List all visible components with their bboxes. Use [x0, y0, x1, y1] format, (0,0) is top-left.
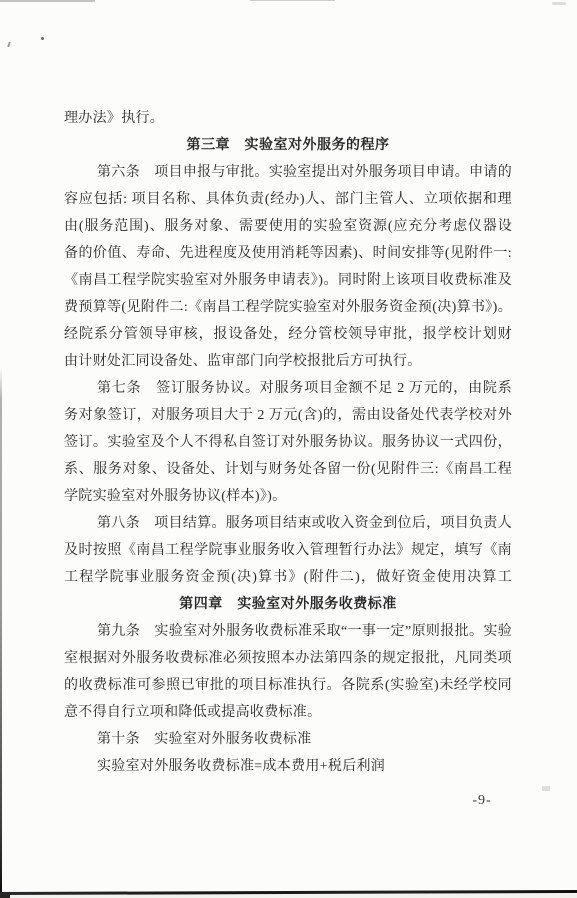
chapter-3-heading: 第三章 实验室对外服务的程序 [64, 132, 512, 159]
scan-artifact-left-page-edge [0, 368, 2, 898]
article-9-line: 第九条 实验室对外服务收费标准采取“一事一定”原则报批。实验 [64, 618, 512, 645]
article-10-line: 第十条 实验室对外服务收费标准 [64, 726, 512, 753]
doc-line: 及时按照《南昌工程学院事业服务收入管理暂行办法》规定，填写《南昌 [64, 537, 512, 564]
doc-line: 室根据对外服务收费标准必须按照本办法第四条的规定报批，凡同类项目 [64, 645, 512, 672]
doc-line: 经院系分管领导审核，报设备处，经分管校领导审批，报学校计划财务， [64, 321, 512, 348]
article-8-line: 第八条 项目结算。服务项目结束或收入资金到位后，项目负责人应 [64, 510, 512, 537]
doc-line: 意不得自行立项和降低或提高收费标准。 [64, 699, 512, 726]
doc-line: 备的价值、寿命、先进程度及使用消耗等因素)、时间安排等(见附件一: [64, 240, 512, 267]
doc-line: 工程学院事业服务资金预(决)算书》(附件二)，做好资金使用决算工作。 [64, 564, 512, 591]
doc-line: 费预算等(见附件二:《南昌工程学院实验室对外服务资金预(决)算书》)。 [64, 294, 512, 321]
scan-artifact-top-edge-mid [250, 0, 335, 1]
doc-line: 系、服务对象、设备处、计划与财务处各留一份(见附件三:《南昌工程 [64, 456, 512, 483]
page-number: -9- [452, 791, 512, 811]
scan-artifact-speck [7, 42, 11, 47]
doc-line: 由(服务范围)、服务对象、需要使用的实验室资源(应充分考虑仪器设 [64, 213, 512, 240]
doc-line: 学院实验室对外服务协议(样本)》)。 [64, 483, 512, 510]
article-6-line: 第六条 项目申报与审批。实验室提出对外服务项目申请。申请的内 [64, 159, 512, 186]
doc-line: 《南昌工程学院实验室对外服务申请表》)。同时附上该项目收费标准及金 [64, 267, 512, 294]
doc-line: 务对象签订，对服务项目大于 2 万元(含)的，需由设备处代表学校对外 [64, 402, 512, 429]
doc-line: 由计财处汇同设备处、监审部门向学校报批后方可执行。 [64, 348, 512, 375]
scan-artifact-speck [41, 37, 44, 40]
doc-line: 理办法》执行。 [64, 105, 512, 132]
chapter-4-heading: 第四章 实验室对外服务收费标准 [64, 591, 512, 618]
doc-line: 的收费标准可参照已审批的项目标准执行。各院系(实验室)未经学校同 [64, 672, 512, 699]
doc-line: 容应包括: 项目名称、具体负责(经办)人、部门主管人、立项依据和理 [64, 186, 512, 213]
scan-artifact-top-edge-left [0, 0, 95, 2]
formula-line: 实验室对外服务收费标准=成本费用+税后利润 [64, 753, 512, 780]
document-text-block: 理办法》执行。 第三章 实验室对外服务的程序 第六条 项目申报与审批。实验室提出… [64, 105, 512, 780]
scan-artifact-bottom-corner [0, 892, 10, 898]
scan-artifact-speck [552, 2, 566, 5]
scan-artifact-speck [542, 786, 550, 791]
article-7-line: 第七条 签订服务协议。对服务项目金额不足 2 万元的，由院系与服 [64, 375, 512, 402]
doc-line: 签订。实验室及个人不得私自签订对外服务协议。服务协议一式四份，院 [64, 429, 512, 456]
scanned-document-page: 理办法》执行。 第三章 实验室对外服务的程序 第六条 项目申报与审批。实验室提出… [0, 0, 577, 898]
